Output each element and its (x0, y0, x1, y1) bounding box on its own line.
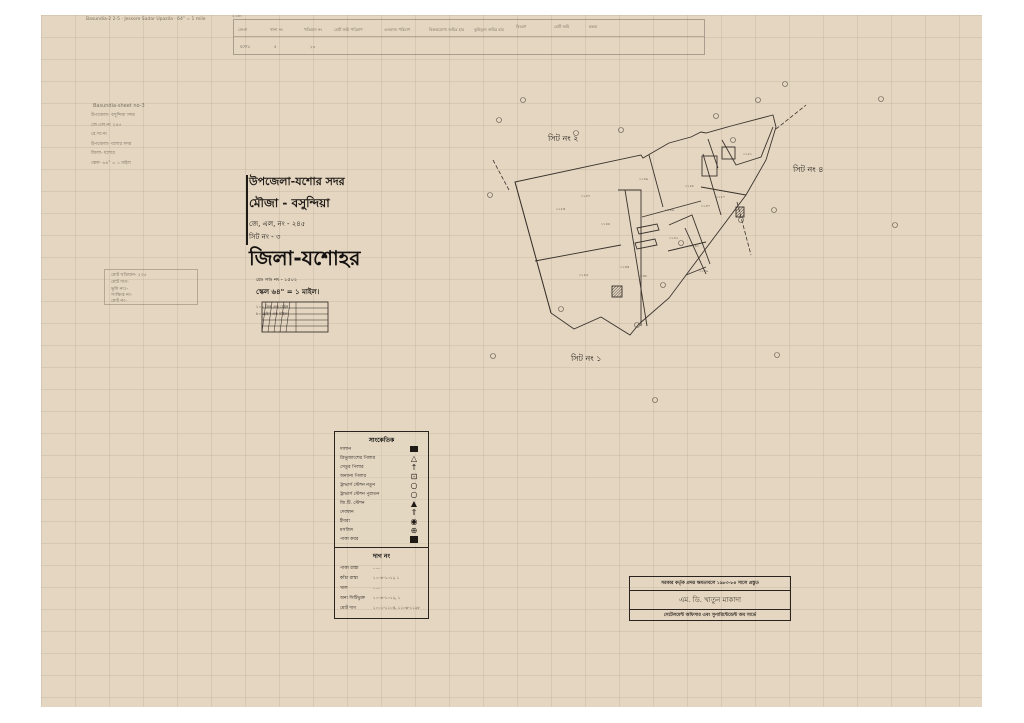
plot-table-title: দাগ নং (335, 551, 428, 562)
plot-row-value: ১০০৮-১০১২ ১ (373, 575, 399, 582)
svg-text:১১৩৮: ১১৩৮ (638, 274, 648, 278)
plot-row-value: ...... (373, 585, 381, 590)
svg-text:১১৪৮: ১১৪৮ (685, 184, 695, 188)
legend-label: ট্রাভার্স স্টেশন নতুন (340, 482, 375, 489)
building-icon (409, 445, 419, 453)
legend-label: দেবস্থান (340, 509, 354, 516)
legend-label: দালান (340, 446, 351, 453)
legend-label: ত্রিভুজাংশের পিলার (340, 455, 375, 462)
legend-label: সেতুর পিলার (340, 464, 364, 471)
svg-text:১১৫০: ১১৫০ (716, 195, 726, 199)
legend-label: ট্রাভার্স স্টেশন পুরাতন (340, 491, 379, 498)
grave-icon (409, 535, 419, 543)
plot-row-value: ১০০১-১১০৫, ১১০৬-১১২৮ (373, 605, 420, 612)
square-dot-icon: ⊡ (409, 472, 419, 480)
sheet-label-1: সিট নং ১ (571, 353, 601, 366)
svg-text:১১৩৯: ১১৩৯ (699, 269, 709, 273)
svg-text:১১৪৯: ১১৪৯ (665, 208, 675, 212)
sheet-label-4: সিট নং ৪ (793, 164, 823, 177)
legend-label: পাকা কবর (340, 536, 358, 543)
svg-text:১১৫১: ১১৫১ (743, 152, 753, 156)
cert-line-3: সেটেলমেন্ট অফিসার এবং সুপারিন্টেন্ডেন্ট … (630, 612, 790, 619)
triangle-filled-icon: ▲ (409, 499, 419, 507)
svg-text:১১৫৩: ১১৫৩ (556, 207, 566, 211)
svg-text:১১৪৭: ১১৪৭ (581, 194, 591, 198)
svg-text:১১৪৪: ১১৪৪ (601, 222, 611, 226)
arrow-up-icon: ↑ (409, 463, 419, 471)
plot-row-value: ...... (373, 565, 381, 570)
plot-row-label: কাঁচা রাস্তা (340, 575, 358, 582)
svg-text:১১৪০: ১১৪০ (701, 204, 711, 208)
certification-box: সরকার কর্তৃক প্রদত্ত ক্ষমতাবলে ১৯৮৩-৮৪ স… (629, 576, 791, 621)
cert-signature: এম. ডি. খাতুন মাকাদা (630, 594, 790, 606)
temple-icon: ⇑ (409, 508, 419, 516)
plot-row-value: ১০০৮-১০১২, ১ (373, 595, 400, 602)
plot-row-label: অন্য সিটিভুক্ত (340, 595, 365, 602)
svg-text:১১৪৫: ১১৪৫ (579, 273, 589, 277)
well-icon: ◉ (409, 517, 419, 525)
plot-row-label: পাকা রাস্তা (340, 565, 359, 572)
triangle-icon: △ (409, 454, 419, 462)
svg-text:১১৪২: ১১৪২ (669, 236, 679, 240)
sheet-label-2: সিট নং ২ (548, 133, 578, 146)
cadastral-map: ১১৫৩ ১১৪৫ ১১৪৭ ১১৪৪ ১১৩৩ ১১৪৬ ১১৪৯ ১১৪৮ … (41, 15, 982, 707)
svg-text:১১৩৩: ১১৩৩ (620, 265, 630, 269)
circle-icon: ○ (409, 490, 419, 498)
plot-row-label: খাল (340, 585, 348, 592)
svg-text:১১৪১: ১১৪১ (690, 244, 700, 248)
plot-row-label: মোট দাগ (340, 605, 356, 612)
legend-label: মসজিদ (340, 527, 353, 534)
mosque-icon: ⊕ (409, 526, 419, 534)
legend-label: জি.টি. স্টেশন (340, 500, 365, 507)
cert-line-1: সরকার কর্তৃক প্রদত্ত ক্ষমতাবলে ১৯৮৩-৮৪ স… (630, 580, 790, 587)
circle-icon: ○ (409, 481, 419, 489)
plot-number-box: দাগ নং পাকা রাস্তা ...... কাঁচা রাস্তা ১… (334, 547, 429, 619)
legend-box: সাংকেতিক দালান ত্রিভুজাংশের পিলার সেতুর … (334, 431, 429, 548)
legend-label: অন্যান্য পিলার (340, 473, 366, 480)
svg-text:১১৪৬: ১১৪৬ (639, 177, 649, 181)
legend-label: ইঁদারা (340, 518, 350, 525)
map-sheet: Basundia-2 2-5 · Jessore Sadar Upazila ·… (41, 15, 982, 707)
